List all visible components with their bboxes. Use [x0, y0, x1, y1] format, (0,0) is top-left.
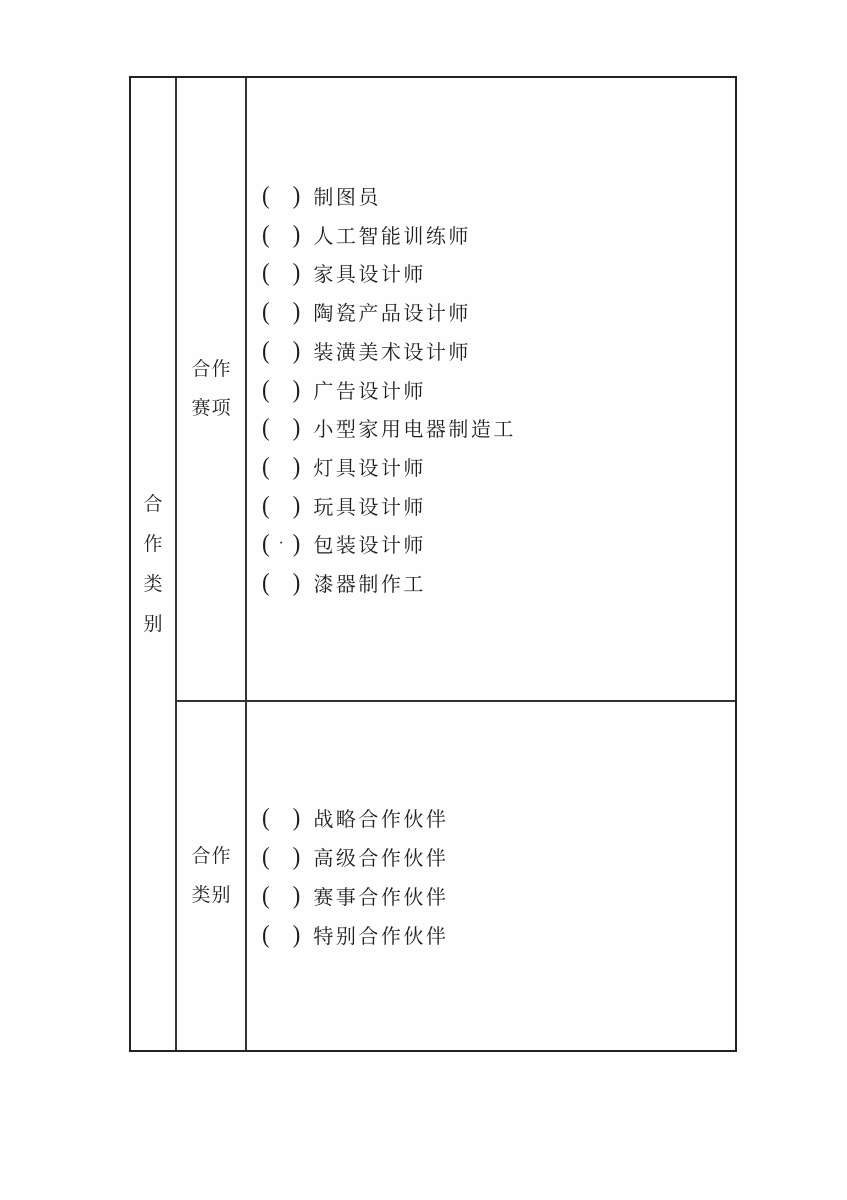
- checklist-item-label: 赛事合作伙伴: [313, 881, 448, 910]
- checkbox-open-paren: (: [262, 299, 270, 324]
- checklist-item: ()广告设计师: [262, 370, 735, 409]
- checkbox-open-paren: (: [262, 454, 270, 479]
- checklist-item: ()装潢美术设计师: [262, 331, 735, 370]
- checklist-item: ()人工智能训练师: [262, 215, 735, 254]
- checklist-item-label: 小型家用电器制造工: [313, 413, 516, 442]
- checklist-item: ()小型家用电器制造工: [262, 408, 735, 447]
- checklist-item: ()战略合作伙伴: [262, 799, 735, 838]
- scanned-form-page: 合 作 类 别 合作 赛项 ()制图员()人工智能训练师()家具设计师()陶瓷产…: [0, 0, 847, 1200]
- checkbox-close-paren: ): [293, 261, 301, 286]
- cooperation-category-table: 合 作 类 别 合作 赛项 ()制图员()人工智能训练师()家具设计师()陶瓷产…: [129, 76, 737, 1052]
- checkbox-open-paren: (: [262, 222, 270, 247]
- checklist-item-label: 高级合作伙伴: [313, 842, 448, 871]
- checkbox-close-paren: ): [293, 570, 301, 595]
- checklist-item-label: 包装设计师: [313, 529, 426, 558]
- checkbox-close-paren: ): [293, 299, 301, 324]
- checkbox-open-paren: (: [262, 377, 270, 402]
- checkbox-close-paren: ): [293, 338, 301, 363]
- checklist-item-label: 灯具设计师: [313, 452, 426, 481]
- checklist-item-label: 特别合作伙伴: [313, 920, 448, 949]
- checklist-item-label: 漆器制作工: [313, 568, 426, 597]
- row-label-line: 合作: [190, 847, 231, 866]
- checkbox-open-paren: (: [262, 806, 270, 831]
- row-label-cooperation-events: 合作 赛项: [177, 78, 247, 702]
- checkbox-open-paren: (: [262, 570, 270, 595]
- checklist-item: ()赛事合作伙伴: [262, 876, 735, 915]
- checklist-item: ()制图员: [262, 176, 735, 215]
- row-label-line: 赛项: [190, 399, 231, 418]
- checkbox-open-paren: (: [262, 493, 270, 518]
- checklist-item-label: 战略合作伙伴: [313, 803, 448, 832]
- vertical-label-char: 作: [143, 535, 162, 554]
- vertical-label-char: 类: [143, 575, 162, 594]
- checklist-item-label: 广告设计师: [313, 375, 426, 404]
- checkbox-open-paren: (: [262, 883, 270, 908]
- checkbox-open-paren: (: [262, 261, 270, 286]
- checklist-item: ()高级合作伙伴: [262, 837, 735, 876]
- row-label-line: 类别: [190, 886, 231, 905]
- checklist-item-label: 家具设计师: [313, 258, 426, 287]
- checkbox-close-paren: ): [293, 415, 301, 440]
- checkbox-open-paren: (: [262, 183, 270, 208]
- checkbox-open-paren: (: [262, 922, 270, 947]
- checkbox-close-paren: ): [293, 222, 301, 247]
- checkbox-close-paren: ): [293, 883, 301, 908]
- checklist-item: ()漆器制作工: [262, 563, 735, 602]
- checkbox-open-paren: (: [262, 415, 270, 440]
- checklist-item-label: 玩具设计师: [313, 491, 426, 520]
- checkbox-close-paren: ): [293, 806, 301, 831]
- checklist-item: ()特别合作伙伴: [262, 915, 735, 954]
- checkbox-close-paren: ): [293, 183, 301, 208]
- checklist-item-label: 人工智能训练师: [313, 220, 471, 249]
- checkbox-open-paren: (: [262, 531, 270, 556]
- row-label-line: 合作: [190, 360, 231, 379]
- checkbox-close-paren: ): [293, 454, 301, 479]
- row-label-cooperation-type: 合作 类别: [177, 702, 247, 1050]
- checkbox-blank: ·: [270, 535, 293, 553]
- checkbox-close-paren: ): [293, 377, 301, 402]
- checklist-item: ()家具设计师: [262, 254, 735, 293]
- checklist-item-label: 陶瓷产品设计师: [313, 297, 471, 326]
- checkbox-close-paren: ): [293, 844, 301, 869]
- checklist-item-label: 装潢美术设计师: [313, 336, 471, 365]
- row-header-cooperation-category: 合 作 类 别: [131, 78, 177, 1050]
- vertical-label-char: 合: [143, 495, 162, 514]
- cooperation-events-checklist: ()制图员()人工智能训练师()家具设计师()陶瓷产品设计师()装潢美术设计师(…: [247, 78, 735, 702]
- checklist-item: ()玩具设计师: [262, 486, 735, 525]
- checklist-item: (·)包装设计师: [262, 524, 735, 563]
- checkbox-close-paren: ): [293, 493, 301, 518]
- checklist-item-label: 制图员: [313, 181, 381, 210]
- checklist-item: ()陶瓷产品设计师: [262, 292, 735, 331]
- checklist-item: ()灯具设计师: [262, 447, 735, 486]
- checkbox-close-paren: ): [293, 922, 301, 947]
- checkbox-close-paren: ): [293, 531, 301, 556]
- checkbox-open-paren: (: [262, 844, 270, 869]
- cooperation-type-checklist: ()战略合作伙伴()高级合作伙伴()赛事合作伙伴()特别合作伙伴: [247, 702, 735, 1050]
- vertical-label-char: 别: [143, 615, 162, 634]
- checkbox-open-paren: (: [262, 338, 270, 363]
